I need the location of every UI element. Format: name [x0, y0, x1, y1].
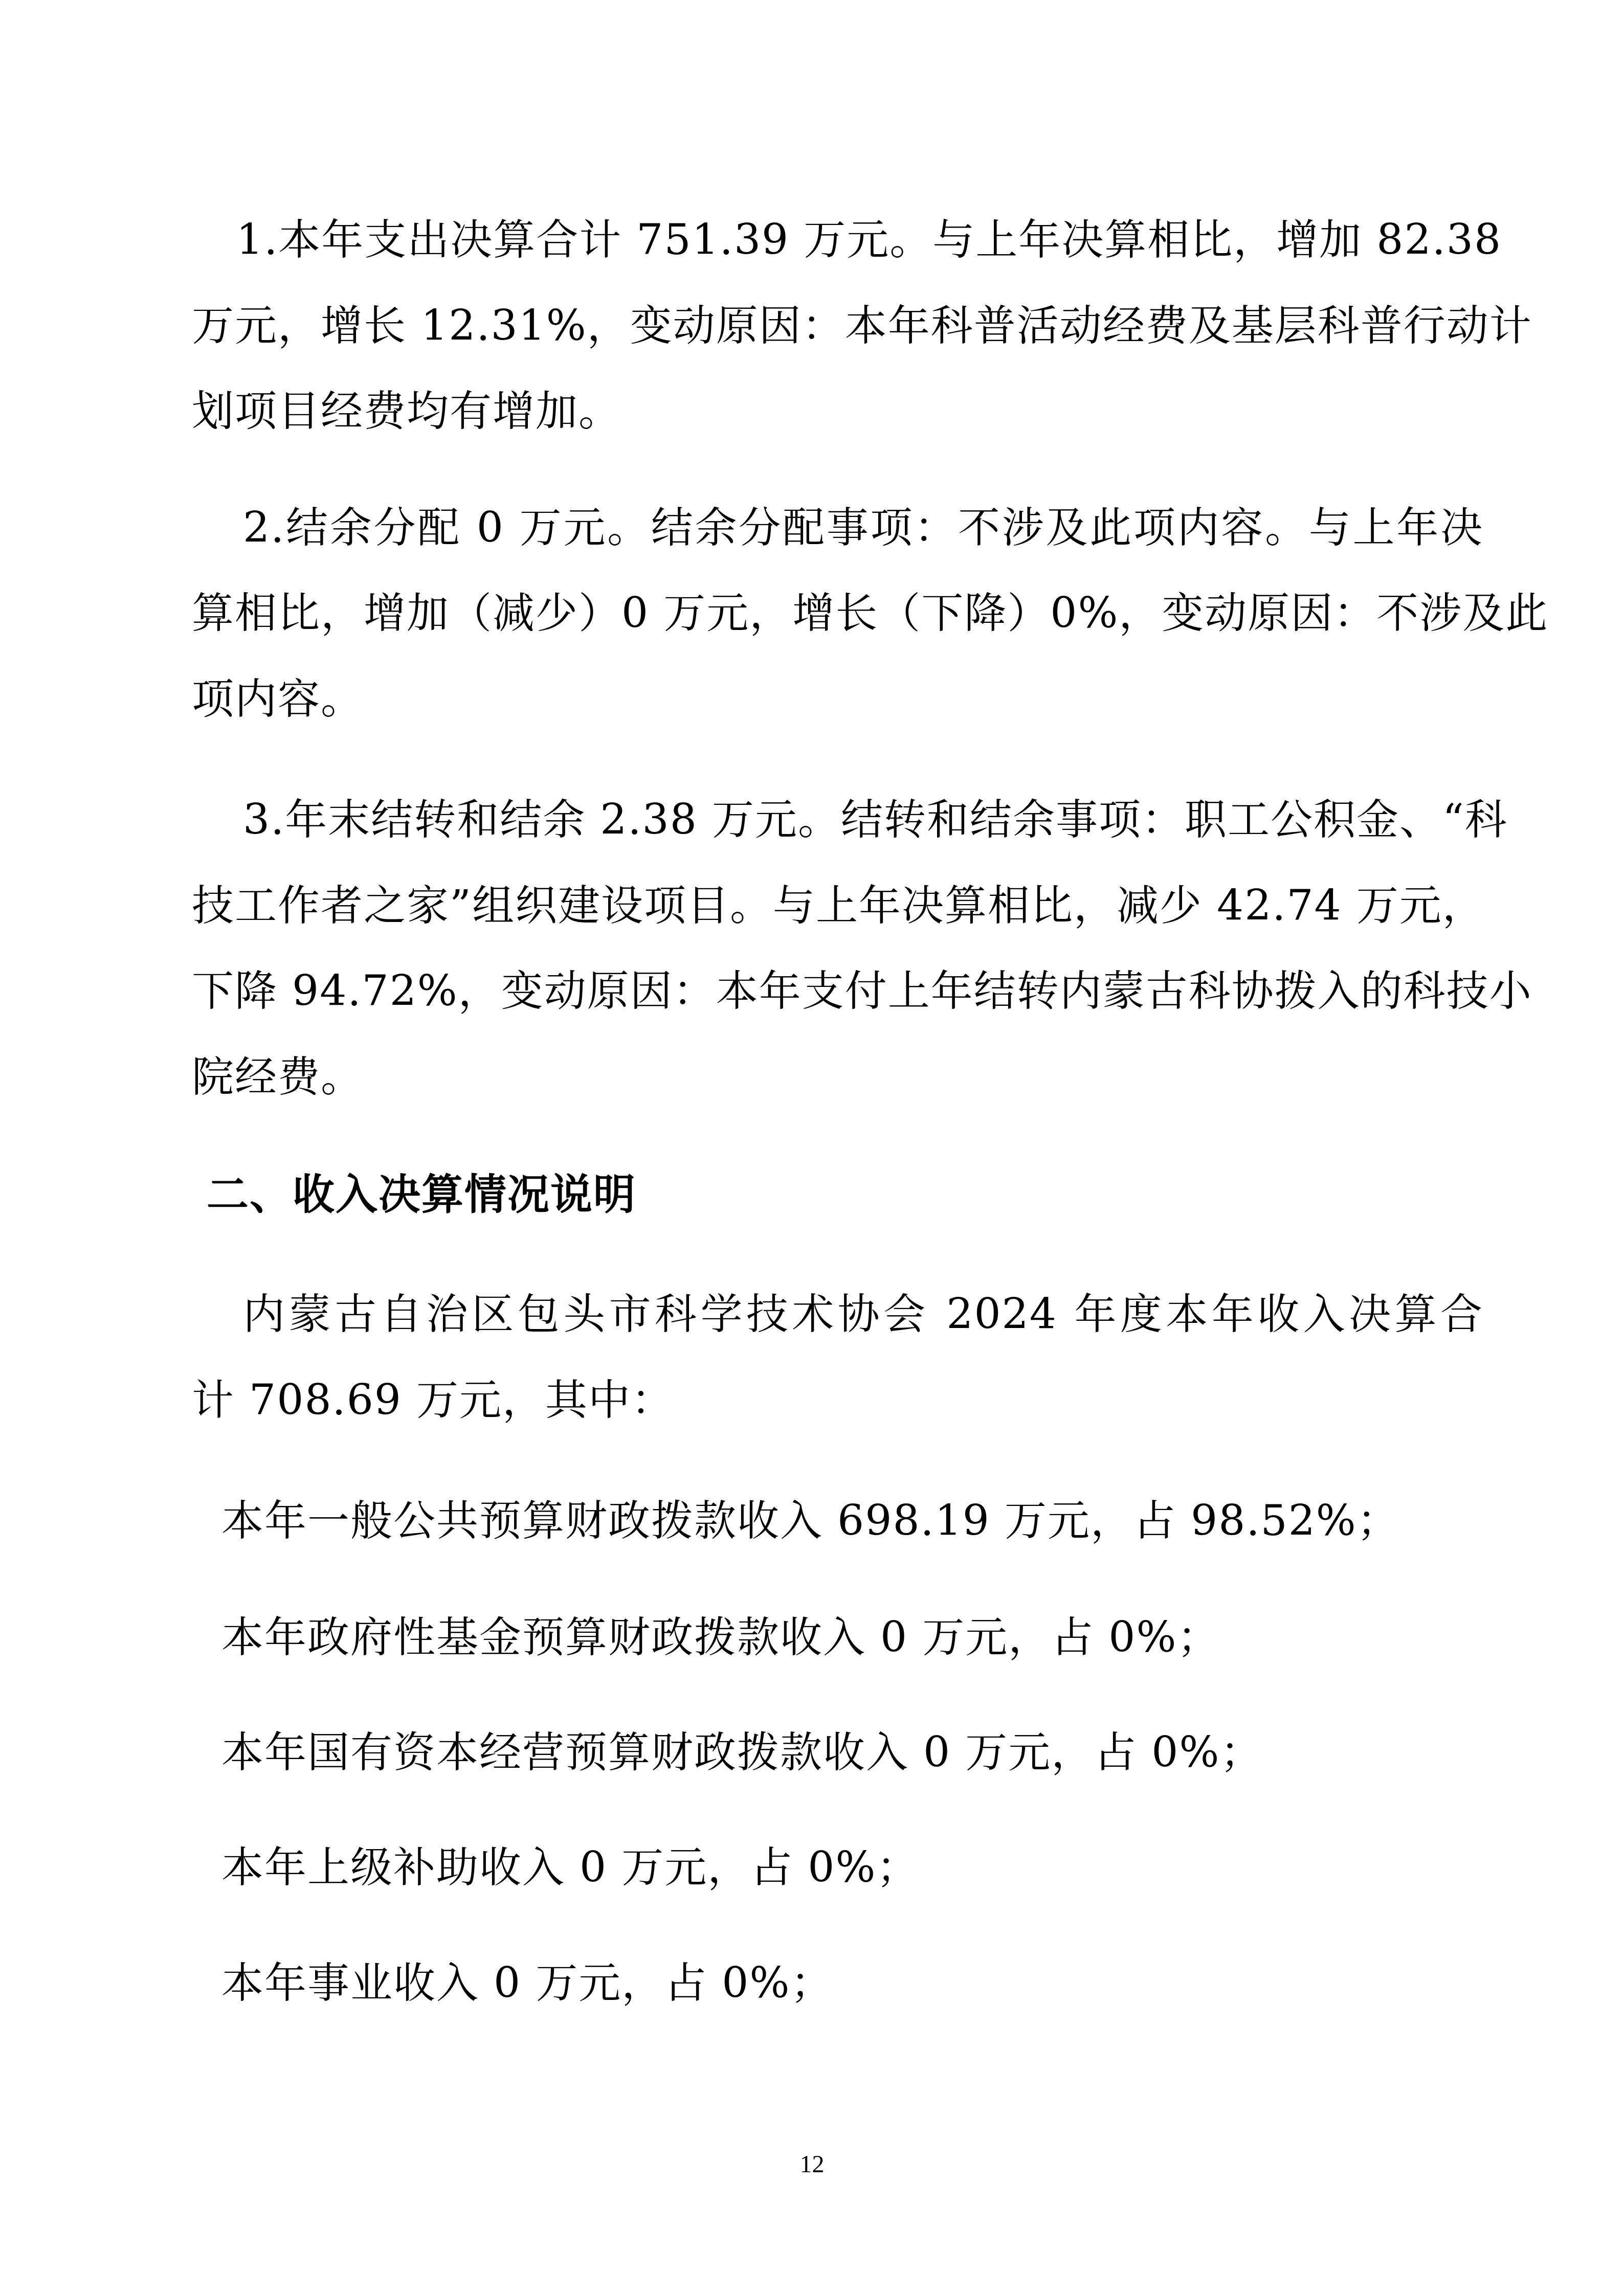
paragraph-line: 项内容。: [192, 674, 1483, 725]
paragraph-line: 内蒙古自治区包头市科学技术协会 2024 年度本年收入决算合: [243, 1289, 1483, 1340]
paragraph-line: 划项目经费均有增加。: [192, 386, 1483, 437]
paragraph-line: 算相比，增加（减少）0 万元，增长（下降）0%，变动原因：不涉及此: [192, 588, 1483, 639]
paragraph-line: 万元，增长 12.31%，变动原因：本年科普活动经费及基层科普行动计: [192, 301, 1483, 352]
income-item-state-capital: 本年国有资本经营预算财政拨款收入 0 万元，占 0%；: [221, 1727, 1263, 1779]
paragraph-line: 1.本年支出决算合计 751.39 万元。与上年决算相比，增加 82.38: [236, 215, 1483, 266]
paragraph-line: 技工作者之家”组织建设项目。与上年决算相比，减少 42.74 万元，: [192, 881, 1483, 932]
page-number: 12: [0, 2150, 1624, 2178]
paragraph-line: 计 708.69 万元，其中：: [192, 1375, 1483, 1426]
paragraph-line: 3.年末结转和结余 2.38 万元。结转和结余事项：职工公积金、“科: [243, 795, 1483, 846]
section-heading-income: 二、收入决算情况说明: [207, 1169, 636, 1221]
income-item-general-budget: 本年一般公共预算财政拨款收入 698.19 万元，占 98.52%；: [221, 1496, 1400, 1547]
paragraph-line: 2.结余分配 0 万元。结余分配事项：不涉及此项内容。与上年决: [243, 503, 1483, 554]
income-item-superior-subsidy: 本年上级补助收入 0 万元，占 0%；: [221, 1842, 919, 1894]
income-item-business-income: 本年事业收入 0 万元，占 0%；: [221, 1958, 833, 2009]
paragraph-line: 下降 94.72%，变动原因：本年支付上年结转内蒙古科协拨入的科技小: [192, 966, 1483, 1017]
income-item-gov-fund: 本年政府性基金预算财政拨款收入 0 万元，占 0%；: [221, 1612, 1220, 1663]
paragraph-line: 院经费。: [192, 1052, 1483, 1103]
